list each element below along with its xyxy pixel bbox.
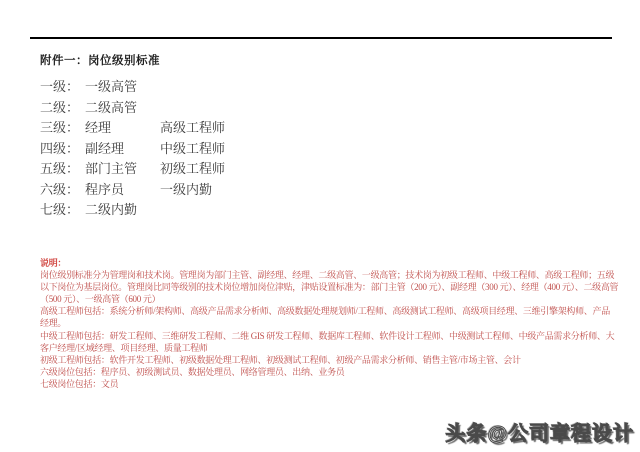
level-row-6: 六级：程序员 一级内勤 [40,180,440,201]
level-label: 三级： [40,120,79,135]
header-rule [30,37,612,39]
note-line-10: 七级岗位包括：文员 [40,378,618,390]
level-row-5: 五级：部门主管 初级工程师 [40,159,440,180]
level-label: 四级： [40,141,79,156]
level-row-3: 三级：经理 高级工程师 [40,118,440,139]
note-line-6: 中级工程师包括：研发工程师、三维研发工程师、二维 GIS 研发工程师、数据库工程… [40,330,618,342]
level-role-primary: 一级高管 [85,79,137,94]
page-title: 附件一：岗位级别标准 [40,52,160,68]
level-role-secondary: 中级工程师 [160,139,225,160]
note-line-9: 六级岗位包括：程序员、初级测试员、数据处理员、网络管理员、出纳、业务员 [40,366,618,378]
level-role-primary: 副经理 [85,141,124,156]
level-role-primary: 二级高管 [85,100,137,115]
note-line-3: （500 元）、一级高管（600 元） [40,293,618,305]
level-role-primary: 经理 [85,120,111,135]
level-row-1: 一级：一级高管 [40,77,440,98]
level-row-4: 四级：副经理 中级工程师 [40,139,440,160]
level-row-2: 二级：二级高管 [40,98,440,119]
level-role-secondary: 高级工程师 [160,118,225,139]
note-line-8: 初级工程师包括：软件开发工程师、初级数据处理工程师、初级测试工程师、初级产品需求… [40,354,618,366]
level-role-secondary: 初级工程师 [160,159,225,180]
level-role-primary: 程序员 [85,182,124,197]
level-label: 二级： [40,100,79,115]
level-row-7: 七级：二级内勤 [40,200,440,221]
note-line-7: 客户经理/区域经理、项目经理、质量工程师 [40,342,618,354]
note-line-5: 经理。 [40,317,618,329]
level-label: 一级： [40,79,79,94]
level-label: 七级： [40,202,79,217]
level-label: 六级： [40,182,79,197]
level-role-primary: 二级内勤 [85,202,137,217]
level-list: 一级：一级高管 二级：二级高管 三级：经理 高级工程师 四级：副经理 中级工程师… [40,77,440,221]
notes-section: 说明： 岗位级别标准分为管理岗和技术岗。管理岗为部门主管、副经理、经理、二级高管… [40,257,618,390]
note-line-2: 以下岗位为基层岗位。管理岗比同等级别的技术岗位增加岗位津贴，津贴设置标准为：部门… [40,281,618,293]
notes-heading: 说明： [40,257,618,269]
document-page: 附件一：岗位级别标准 一级：一级高管 二级：二级高管 三级：经理 高级工程师 四… [0,0,640,452]
note-line-4: 高级工程师包括：系统分析师/架构师、高级产品需求分析师、高级数据处理规划师/工程… [40,305,618,317]
level-label: 五级： [40,161,79,176]
level-role-secondary: 一级内勤 [160,180,212,201]
watermark-toutiao: 头条@公司章程设计 [445,417,634,446]
level-role-primary: 部门主管 [85,161,137,176]
note-line-1: 岗位级别标准分为管理岗和技术岗。管理岗为部门主管、副经理、经理、二级高管、一级高… [40,269,618,281]
